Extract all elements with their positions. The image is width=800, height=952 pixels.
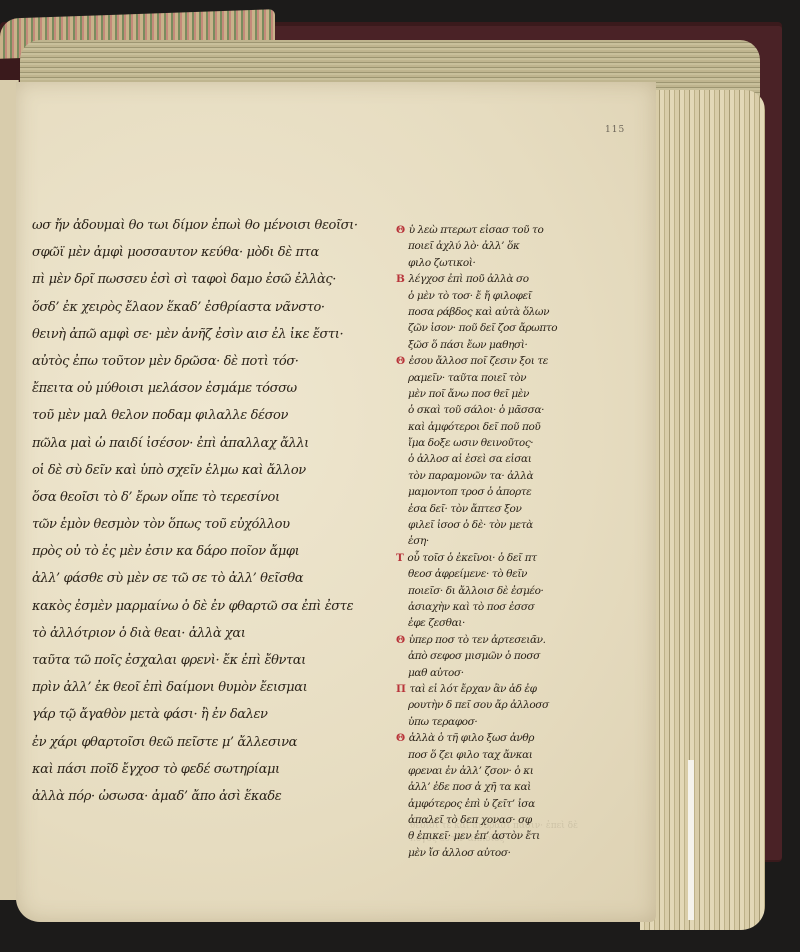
commentary-line: ὁ σκαὶ τοῦ σάλοι· ὁ μᾶσσα· [396, 402, 596, 418]
commentary-text: ζῶν ἰσον· ποῦ δεῖ ζοσ ἄρωπτο [408, 322, 557, 334]
text-line: θεινὴ ἀπῶ αμφὶ σε· μὲν ἀνῆζ ἐσὶν αισ ἐλ … [32, 321, 392, 348]
commentary-line: ραμεῖν· ταῦτα ποιεῖ τὸν [396, 370, 596, 386]
commentary-line: καὶ ἀμφότεροι δεῖ ποῦ ποῦ [396, 419, 596, 435]
commentary-line: μαθ αὐτοσ· [396, 665, 596, 681]
folio-number: 115 [605, 125, 625, 135]
commentary-text: ἀλλὰ ὁ τῆ φιλο ξωσ ἀνθρ [409, 732, 534, 744]
rubricated-initial: Θ [396, 634, 405, 646]
text-line: ὅσα θεοῖσι τὸ δ’ ἔρων οἴπε τὸ τερεσίνοι [32, 484, 392, 511]
commentary-text: ἴμα δοξε ωσιν θεινοῦτος· [408, 437, 533, 449]
rubricated-initial: Τ [396, 552, 403, 564]
commentary-text: ποσ ὅ ζει φιλο ταχ ἄνκαι [408, 749, 533, 761]
commentary-text: θεοσ ἀφρείμενε· τὸ θεῖν [408, 568, 527, 580]
commentary-line: ὁ ἀλλοσ αἰ ἐσεὶ σα εἰσαι [396, 451, 596, 467]
commentary-line: ὑπω τεραφοσ· [396, 714, 596, 730]
rubricated-initial: Θ [396, 355, 405, 367]
text-line: ἐν χάρι φθαρτοῖσι θεῶ πεῖστε μ’ ἄλλεσινα [32, 729, 392, 756]
text-line: πὶ μὲν δρῖ πωσσευ ἐσὶ σὶ ταφοὶ δαμο ἐσῶ … [32, 266, 392, 293]
commentary-line: ἀλλ’ ἐδε ποσ ἀ χῆ τα καὶ [396, 779, 596, 795]
commentary-line: ποιεῖ ἀχλύ λὸ· ἀλλ’ ὅκ [396, 238, 596, 254]
commentary-text: ἐση· [408, 535, 429, 547]
commentary-text: ἐσου ἄλλοσ ποῖ ζεσιν ξοι τε [409, 355, 548, 367]
commentary-line: Θἀλλὰ ὁ τῆ φιλο ξωσ ἀνθρ [396, 730, 596, 746]
text-line: ταῦτα τῶ ποῖς ἐσχαλαι φρενὶ· ἔκ ἐπὶ ἔθντ… [32, 647, 392, 674]
commentary-text: μὲν ποῖ ἄνω ποσ θεῖ μὲν [408, 388, 529, 400]
commentary-line: Βλέγχοσ ἐπὶ ποῦ ἀλλὰ σο [396, 271, 596, 287]
commentary-line: μαμοντοπ τροσ ὁ ἀπορτε [396, 484, 596, 500]
commentary-line: ἐσα δεῖ· τὸν ἄπτεσ ξον [396, 501, 596, 517]
commentary-text: ταὶ εἰ λότ ἔρχαν ἂν ἀδ ἐφ [410, 683, 537, 695]
commentary-text: ὑπω τεραφοσ· [408, 716, 477, 728]
text-line: ὅσδ’ ἐκ χειρὸς ἔλαον ἕκαδ’ ἐσθρίαστα νᾶν… [32, 294, 392, 321]
rubricated-initial: Θ [396, 732, 405, 744]
text-line: ωσ ἤν ἀδουμαὶ θο τωι δίμον ἐπωὶ θο μένοι… [32, 212, 392, 239]
commentary-text: μαμοντοπ τροσ ὁ ἀπορτε [408, 486, 531, 498]
commentary-text: λέγχοσ ἐπὶ ποῦ ἀλλὰ σο [408, 273, 528, 285]
commentary-line: ἐφε ζεσθαι· [396, 615, 596, 631]
commentary-line: Τοὗ τοῖσ ὁ ἐκεῖνοι· ὁ δεῖ πτ [396, 550, 596, 566]
commentary-text: ποσα ράβδος καὶ αὐτὰ ὅλων [408, 306, 549, 318]
page-marker-strip [688, 760, 694, 920]
text-line: τοῦ μὲν μαλ θελον ποδαμ φιλαλλε δέσον [32, 402, 392, 429]
commentary-line: ποιεῖσ· δι ἄλλοισ δὲ ἐσμέο· [396, 583, 596, 599]
commentary-text: καὶ ἀμφότεροι δεῖ ποῦ ποῦ [408, 421, 540, 433]
commentary-text: ὁ ἀλλοσ αἰ ἐσεὶ σα εἰσαι [408, 453, 531, 465]
commentary-line: ποσ ὅ ζει φιλο ταχ ἄνκαι [396, 747, 596, 763]
commentary-text: ποιεῖ ἀχλύ λὸ· ἀλλ’ ὅκ [408, 240, 519, 252]
commentary-text: ξῶσ ὅ πάσι ἔων μαθησὶ· [408, 339, 527, 351]
main-text-column: ωσ ἤν ἀδουμαὶ θο τωι δίμον ἐπωὶ θο μένοι… [32, 212, 392, 810]
text-line: γάρ τῷ ἄγαθὸν μετὰ φάσι· ἢ ἐν δαλεν [32, 701, 392, 728]
commentary-text: οὗ τοῖσ ὁ ἐκεῖνοι· ὁ δεῖ πτ [407, 552, 536, 564]
commentary-line: ρουτὴν δ πεῖ σου ἄρ ἀλλοσσ [396, 697, 596, 713]
commentary-line: ζῶν ἰσον· ποῦ δεῖ ζοσ ἄρωπτο [396, 320, 596, 336]
text-line: ἀλλὰ πόρ· ὠσωσα· ἀμαδ’ ἄπο ἀσὶ ἕκαδε [32, 783, 392, 810]
rubricated-initial: Θ [396, 224, 405, 236]
commentary-line: τὸν παραμονῶν τα· ἀλλὰ [396, 468, 596, 484]
commentary-text: ἀμφότερος ἐπὶ ὑ ζεῖτ’ ἰσα [408, 798, 535, 810]
commentary-text: φιλο ζωτικοὶ· [408, 257, 475, 269]
commentary-line: ξῶσ ὅ πάσι ἔων μαθησὶ· [396, 337, 596, 353]
commentary-line: ὁ μὲν τὸ τοσ· ἔ ἤ φιλοφεῖ [396, 288, 596, 304]
commentary-line: θεοσ ἀφρείμενε· τὸ θεῖν [396, 566, 596, 582]
rubricated-initial: Π [396, 683, 406, 695]
commentary-line: ἀμφότερος ἐπὶ ὑ ζεῖτ’ ἰσα [396, 796, 596, 812]
commentary-text: τὸν παραμονῶν τα· ἀλλὰ [408, 470, 533, 482]
commentary-column: Θὑ λεὼ πτερωτ εἰσασ τοῦ τοποιεῖ ἀχλύ λὸ·… [396, 222, 596, 861]
commentary-line: ἀσιαχὴν καὶ τὸ ποσ ἐσσσ [396, 599, 596, 615]
commentary-text: ποιεῖσ· δι ἄλλοισ δὲ ἐσμέο· [408, 585, 543, 597]
commentary-line: Θὑπερ ποσ τὸ τεν ἀρτεσειᾶν. [396, 632, 596, 648]
commentary-text: ρουτὴν δ πεῖ σου ἄρ ἀλλοσσ [408, 699, 549, 711]
text-line: καὶ πάσι ποῖδ ἔγχοσ τὸ φεδέ σωτηρίαμι [32, 756, 392, 783]
page-edges-fore-edge [640, 90, 765, 930]
commentary-text: ὁ σκαὶ τοῦ σάλοι· ὁ μᾶσσα· [408, 404, 544, 416]
commentary-line: Θἐσου ἄλλοσ ποῖ ζεσιν ξοι τε [396, 353, 596, 369]
commentary-text: ὁ μὲν τὸ τοσ· ἔ ἤ φιλοφεῖ [408, 290, 531, 302]
commentary-line: φιλεῖ ἰσοσ ὁ δὲ· τὸν μετὰ [396, 517, 596, 533]
commentary-line: ἐση· [396, 533, 596, 549]
commentary-text: φιλεῖ ἰσοσ ὁ δὲ· τὸν μετὰ [408, 519, 533, 531]
text-line: τῶν ἑμὸν θεσμὸν τὸν ὅπως τοῦ εὐχόλλου [32, 511, 392, 538]
rubricated-initial: Β [396, 273, 404, 285]
commentary-text: φρεναι ἐν ἀλλ’ ζσον· ὁ κι [408, 765, 533, 777]
commentary-line: μὲν ποῖ ἄνω ποσ θεῖ μὲν [396, 386, 596, 402]
text-line: πῶλα μαὶ ὡ παιδί ἰσέσον· ἐπὶ ἀπαλλαχ ἄλλ… [32, 430, 392, 457]
text-line: οἱ δὲ σὺ δεῖν καὶ ὑπὸ σχεῖν ἑλμω καὶ ἄλλ… [32, 457, 392, 484]
commentary-line: φρεναι ἐν ἀλλ’ ζσον· ὁ κι [396, 763, 596, 779]
commentary-line: Πταὶ εἰ λότ ἔρχαν ἂν ἀδ ἐφ [396, 681, 596, 697]
commentary-text: μαθ αὐτοσ· [408, 667, 464, 679]
text-line: κακὸς ἐσμὲν μαρμαίνω ὁ δὲ ἐν φθαρτῶ σα ἐ… [32, 593, 392, 620]
text-line: ἔπειτα οὐ μύθοισι μελάσον ἐσμάμε τόσσω [32, 375, 392, 402]
commentary-text: ὑπερ ποσ τὸ τεν ἀρτεσειᾶν. [409, 634, 546, 646]
commentary-line: φιλο ζωτικοὶ· [396, 255, 596, 271]
commentary-line: ἴμα δοξε ωσιν θεινοῦτος· [396, 435, 596, 451]
text-line: σφῶϊ μὲν ἀμφὶ μοσσαυτον κεύθα· μὸδι δὲ π… [32, 239, 392, 266]
text-line: ἀλλ’ φάσθε σὺ μὲν σε τῶ σε τὸ ἀλλ’ θεῖσθ… [32, 565, 392, 592]
commentary-text: ὑ λεὼ πτερωτ εἰσασ τοῦ το [409, 224, 544, 236]
commentary-text: ἀσιαχὴν καὶ τὸ ποσ ἐσσσ [408, 601, 534, 613]
text-line: πρὶν ἀλλ’ ἐκ θεοῖ ἐπὶ δαίμονι θυμὸν ἔεισ… [32, 674, 392, 701]
commentary-text: ἐσα δεῖ· τὸν ἄπτεσ ξον [408, 503, 521, 515]
commentary-line: ἀπὸ σεφοσ μισμῶν ὁ ποσσ [396, 648, 596, 664]
commentary-text: ραμεῖν· ταῦτα ποιεῖ τὸν [408, 372, 526, 384]
commentary-line: ποσα ράβδος καὶ αὐτὰ ὅλων [396, 304, 596, 320]
commentary-text: ἀπὸ σεφοσ μισμῶν ὁ ποσσ [408, 650, 540, 662]
show-through-text: θεοῖσι τε καὶ ἀνδράσι πάσιν· ἐπεὶ δὲ λόγ… [410, 820, 590, 860]
text-line: τὸ ἀλλότριον ὁ διὰ θεαι· ἀλλὰ χαι [32, 620, 392, 647]
text-line: πρὸς οὐ τὸ ἐς μὲν ἐσιν κα δάρο ποῖον ἄμφ… [32, 538, 392, 565]
commentary-text: ἐφε ζεσθαι· [408, 617, 465, 629]
commentary-line: Θὑ λεὼ πτερωτ εἰσασ τοῦ το [396, 222, 596, 238]
commentary-text: ἀλλ’ ἐδε ποσ ἀ χῆ τα καὶ [408, 781, 531, 793]
text-line: αὐτὸς ἐπω τοῦτον μὲν δρῶσα· δὲ ποτὶ τόσ· [32, 348, 392, 375]
